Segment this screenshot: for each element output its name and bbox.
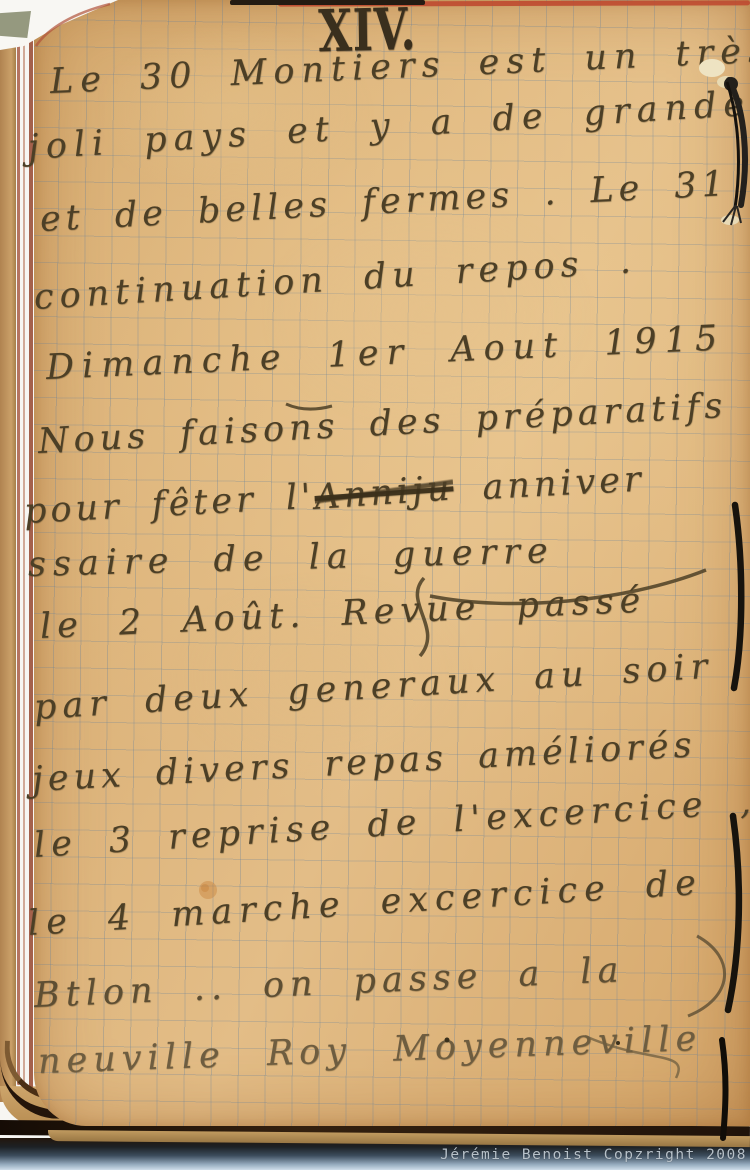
- left-page-stack: [0, 22, 16, 1102]
- struck-word: Anniju: [313, 468, 454, 518]
- top-edge-shadow: [230, 0, 425, 5]
- copyright-watermark: Jérémie Benoist Copzright 2008: [440, 1147, 747, 1163]
- scanned-diary-page: XIV. Le 30 Montiers est un très joli pay…: [0, 0, 750, 1170]
- page-edge-red-line: [23, 34, 25, 1082]
- torn-corner-fragment: [0, 11, 31, 38]
- page-edge-red-line: [17, 30, 20, 1085]
